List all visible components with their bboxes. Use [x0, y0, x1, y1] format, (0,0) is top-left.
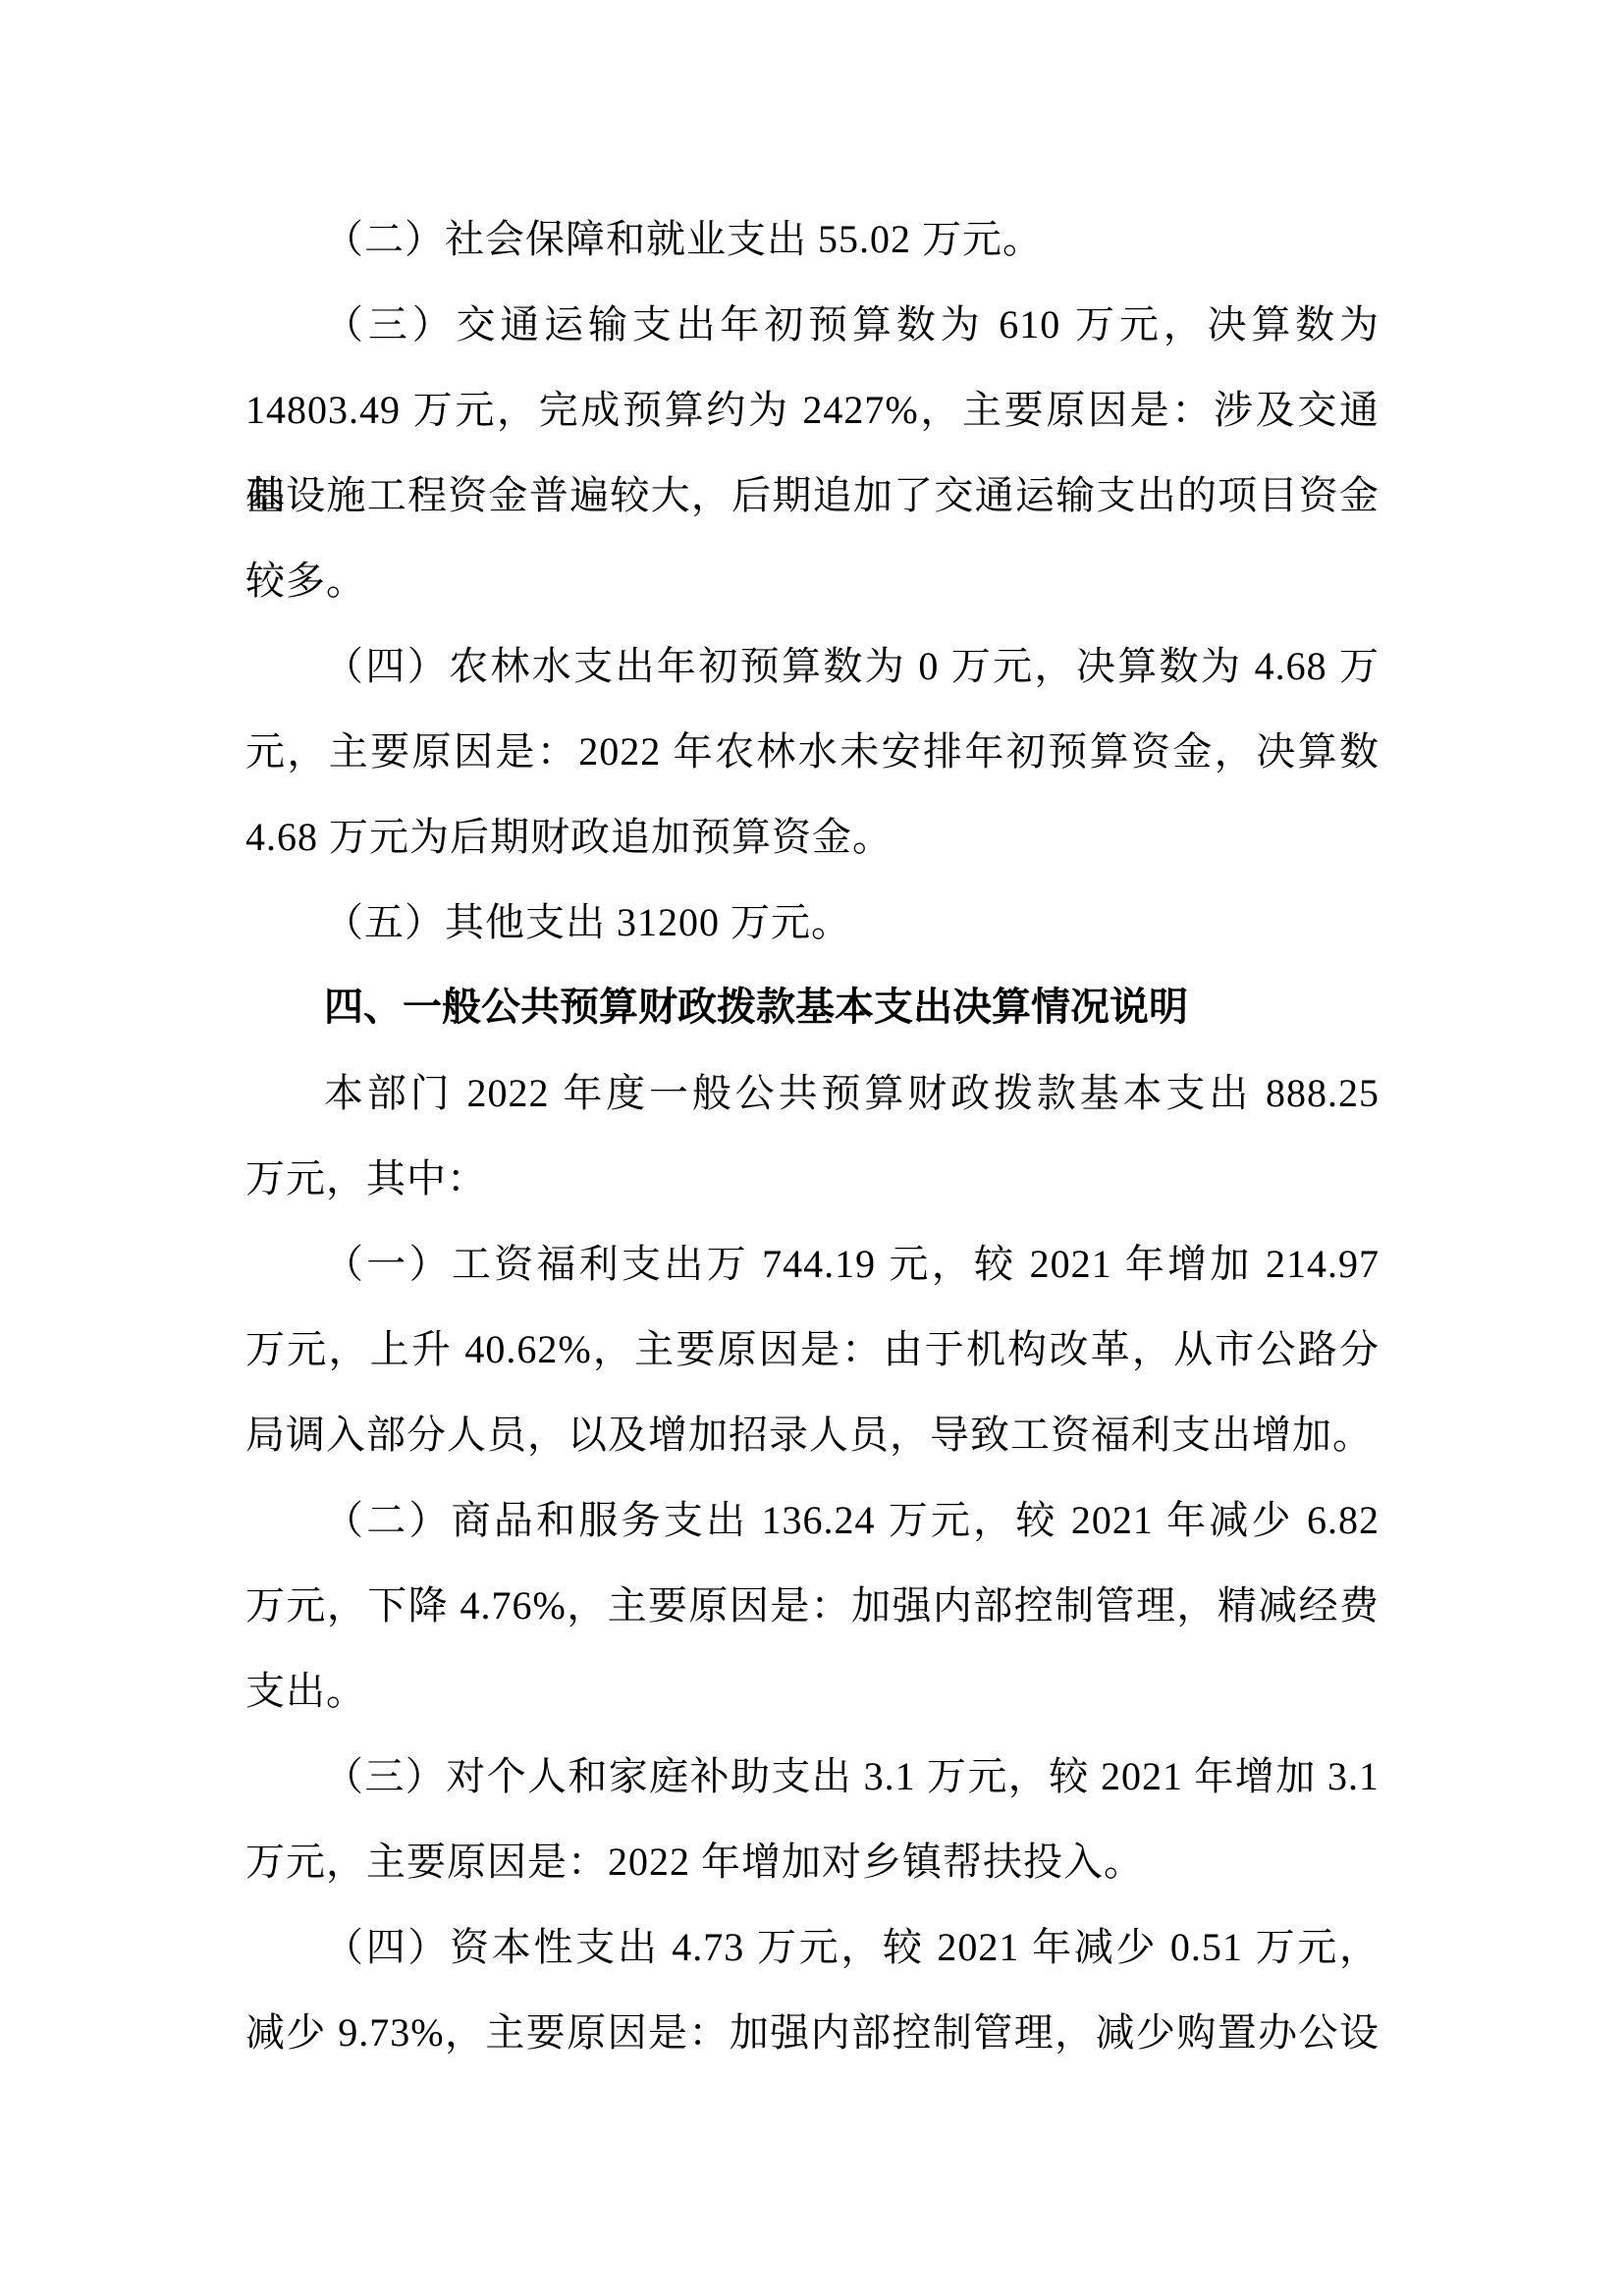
text-line: 万元，下降 4.76%，主要原因是：加强内部控制管理，精减经费: [245, 1563, 1380, 1648]
body-paragraph: （一）工资福利支出万 744.19 元，较 2021 年增加 214.97万元，…: [245, 1221, 1380, 1477]
text-line: 万元，其中：: [245, 1136, 1380, 1221]
text-line: 万元，上升 40.62%，主要原因是：由于机构改革，从市公路分: [245, 1307, 1380, 1392]
text-line: 14803.49 万元，完成预算约为 2427%，主要原因是：涉及交通基: [245, 367, 1380, 453]
text-line: 万元，主要原因是：2022 年增加对乡镇帮扶投入。: [245, 1819, 1380, 1904]
body-paragraph: 本部门 2022 年度一般公共预算财政拨款基本支出 888.25万元，其中：: [245, 1050, 1380, 1221]
text-line: 4.68 万元为后期财政追加预算资金。: [245, 794, 1380, 880]
text-line: （一）工资福利支出万 744.19 元，较 2021 年增加 214.97: [245, 1221, 1380, 1307]
section-heading: 四、一般公共预算财政拨款基本支出决算情况说明: [245, 965, 1380, 1050]
document-body: （二）社会保障和就业支出 55.02 万元。（三）交通运输支出年初预算数为 61…: [0, 0, 1624, 2296]
text-line: 较多。: [245, 538, 1380, 623]
text-line: （二）商品和服务支出 136.24 万元，较 2021 年减少 6.82: [245, 1477, 1380, 1563]
body-paragraph: （二）社会保障和就业支出 55.02 万元。: [245, 196, 1380, 282]
text-line: （三）对个人和家庭补助支出 3.1 万元，较 2021 年增加 3.1: [245, 1734, 1380, 1819]
body-paragraph: （二）商品和服务支出 136.24 万元，较 2021 年减少 6.82万元，下…: [245, 1477, 1380, 1734]
text-line: 支出。: [245, 1648, 1380, 1734]
text-line: 减少 9.73%，主要原因是：加强内部控制管理，减少购置办公设: [245, 1990, 1380, 2075]
text-line: 础设施工程资金普遍较大，后期追加了交通运输支出的项目资金: [245, 453, 1380, 538]
text-line: 四、一般公共预算财政拨款基本支出决算情况说明: [245, 965, 1380, 1050]
body-paragraph: （四）资本性支出 4.73 万元，较 2021 年减少 0.51 万元，减少 9…: [245, 1904, 1380, 2075]
text-line: （二）社会保障和就业支出 55.02 万元。: [245, 196, 1380, 282]
text-line: （四）农林水支出年初预算数为 0 万元，决算数为 4.68 万: [245, 623, 1380, 709]
body-paragraph: （三）交通运输支出年初预算数为 610 万元，决算数为14803.49 万元，完…: [245, 282, 1380, 623]
text-line: 局调入部分人员，以及增加招录人员，导致工资福利支出增加。: [245, 1392, 1380, 1477]
text-line: （四）资本性支出 4.73 万元，较 2021 年减少 0.51 万元，: [245, 1904, 1380, 1990]
text-line: （三）交通运输支出年初预算数为 610 万元，决算数为: [245, 282, 1380, 367]
text-line: 元，主要原因是：2022 年农林水未安排年初预算资金，决算数: [245, 709, 1380, 794]
text-line: 本部门 2022 年度一般公共预算财政拨款基本支出 888.25: [245, 1050, 1380, 1136]
document-page: （二）社会保障和就业支出 55.02 万元。（三）交通运输支出年初预算数为 61…: [0, 0, 1624, 2296]
body-paragraph: （五）其他支出 31200 万元。: [245, 880, 1380, 965]
body-paragraph: （四）农林水支出年初预算数为 0 万元，决算数为 4.68 万元，主要原因是：2…: [245, 623, 1380, 880]
body-paragraph: （三）对个人和家庭补助支出 3.1 万元，较 2021 年增加 3.1万元，主要…: [245, 1734, 1380, 1904]
text-line: （五）其他支出 31200 万元。: [245, 880, 1380, 965]
